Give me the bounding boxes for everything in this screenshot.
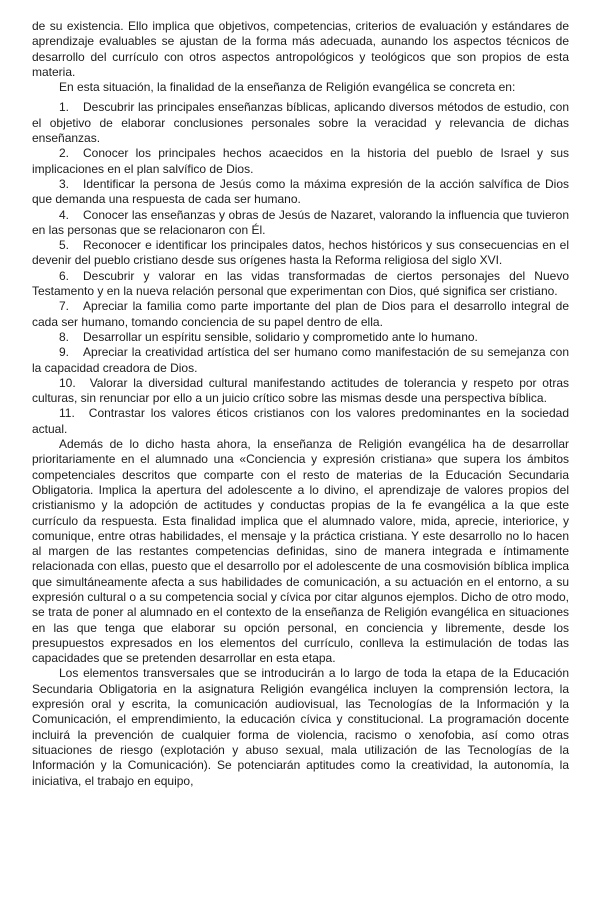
list-item-number: 5.: [59, 238, 69, 252]
list-item-number: 11.: [59, 406, 75, 420]
list-item: 4.Conocer las enseñanzas y obras de Jesú…: [32, 208, 569, 239]
list-item-text: Valorar la diversidad cultural manifesta…: [32, 376, 569, 405]
paragraph-elementos-transversales: Los elementos transversales que se intro…: [32, 666, 569, 788]
list-item: 8.Desarrollar un espíritu sensible, soli…: [32, 330, 569, 345]
list-item-text: Descubrir las principales enseñanzas bíb…: [32, 100, 569, 145]
list-item-text: Apreciar la familia como parte important…: [32, 299, 569, 328]
list-item-text: Desarrollar un espíritu sensible, solida…: [83, 330, 478, 344]
list-item-number: 8.: [59, 330, 69, 344]
paragraph-intro: En esta situación, la finalidad de la en…: [32, 80, 569, 95]
list-item-text: Reconocer e identificar los principales …: [32, 238, 569, 267]
list-item-number: 10.: [59, 376, 76, 390]
document-page: de su existencia. Ello implica que objet…: [0, 0, 600, 916]
list-item-number: 3.: [59, 177, 69, 191]
list-item-text: Apreciar la creatividad artística del se…: [32, 345, 569, 374]
list-item-number: 7.: [59, 299, 69, 313]
objectives-list: 1.Descubrir las principales enseñanzas b…: [32, 100, 569, 437]
list-item-number: 4.: [59, 208, 69, 222]
list-item: 5.Reconocer e identificar los principale…: [32, 238, 569, 269]
list-item: 11.Contrastar los valores éticos cristia…: [32, 406, 569, 437]
list-item-text: Descubrir y valorar en las vidas transfo…: [32, 269, 569, 298]
list-item: 9.Apreciar la creatividad artística del …: [32, 345, 569, 376]
list-item-text: Conocer los principales hechos acaecidos…: [32, 146, 569, 175]
paragraph-continuation: de su existencia. Ello implica que objet…: [32, 19, 569, 80]
list-item-text: Identificar la persona de Jesús como la …: [32, 177, 569, 206]
list-item-text: Conocer las enseñanzas y obras de Jesús …: [32, 208, 569, 237]
list-item: 3.Identificar la persona de Jesús como l…: [32, 177, 569, 208]
list-item-text: Contrastar los valores éticos cristianos…: [32, 406, 569, 435]
list-item: 1.Descubrir las principales enseñanzas b…: [32, 100, 569, 146]
list-item-number: 2.: [59, 146, 69, 160]
list-item: 7.Apreciar la familia como parte importa…: [32, 299, 569, 330]
list-item: 10.Valorar la diversidad cultural manife…: [32, 376, 569, 407]
list-item-number: 9.: [59, 345, 69, 359]
list-item-number: 1.: [59, 100, 69, 114]
list-item: 6.Descubrir y valorar en las vidas trans…: [32, 269, 569, 300]
paragraph-conciencia-expresion: Además de lo dicho hasta ahora, la enseñ…: [32, 437, 569, 666]
list-item-number: 6.: [59, 269, 69, 283]
list-item: 2.Conocer los principales hechos acaecid…: [32, 146, 569, 177]
